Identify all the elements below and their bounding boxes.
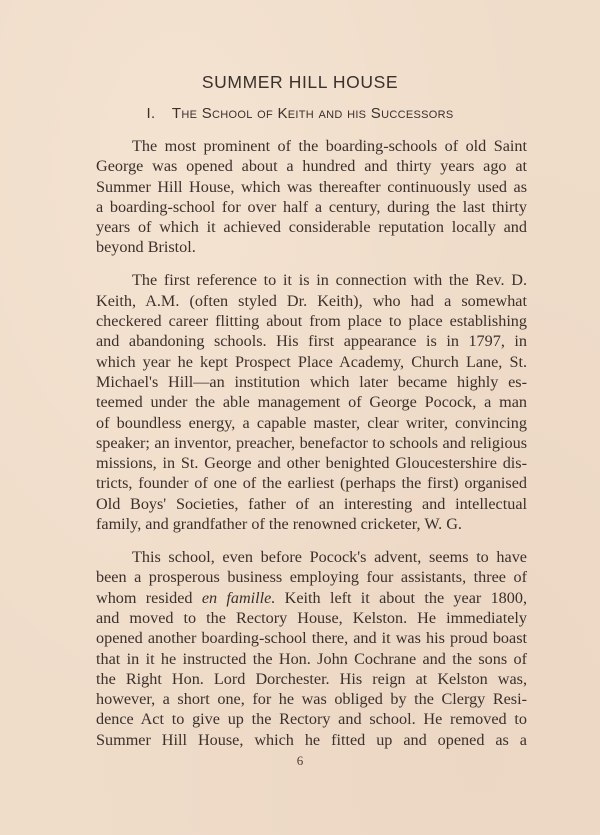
text-line: George was opened about a hundred and th… (96, 156, 527, 176)
text-line: and abandoning schools. His first appear… (96, 331, 527, 351)
text-line: This school, even before Pocock's advent… (96, 547, 527, 567)
text-line: a boarding-school for over half a centur… (96, 197, 527, 217)
body-text: The most prominent of the boarding-schoo… (96, 136, 527, 763)
book-page: SUMMER HILL HOUSE I. The School of Keith… (0, 0, 600, 835)
text-line: Summer Hill House, which was thereafter … (96, 177, 527, 197)
text-line: of boundless energy, a capable master, c… (96, 413, 527, 433)
text-line: whom resided en famille. Keith left it a… (96, 588, 527, 608)
text-line: teemed under the able management of Geor… (96, 392, 527, 412)
text-line: The first reference to it is in connecti… (96, 270, 527, 290)
text-line: Old Boys' Societies, father of an intere… (96, 494, 527, 514)
section-heading: I. The School of Keith and his Successor… (0, 105, 600, 122)
text-line: that in it he instructed the Hon. John C… (96, 649, 527, 669)
text-line: which year he kept Prospect Place Academ… (96, 352, 527, 372)
text-line: dence Act to give up the Rectory and sch… (96, 709, 527, 729)
section-number: I. (147, 105, 156, 122)
text-line: speaker; an inventor, preacher, benefact… (96, 433, 527, 453)
chapter-title: SUMMER HILL HOUSE (0, 72, 600, 93)
text-line: Keith, A.M. (often styled Dr. Keith), wh… (96, 291, 527, 311)
text-line: been a prosperous business employing fou… (96, 567, 527, 587)
text-line: beyond Bristol. (96, 237, 527, 257)
paragraph: The first reference to it is in connecti… (96, 270, 527, 534)
text-line: tricts, founder of one of the earliest (… (96, 473, 527, 493)
text-line: however, a short one, for he was obliged… (96, 689, 527, 709)
text-line: family, and grandfather of the renowned … (96, 514, 527, 534)
text-line: Summer Hill House, which he fitted up an… (96, 730, 527, 750)
page-number: 6 (0, 753, 600, 769)
section-title: The School of Keith and his Successors (172, 105, 454, 122)
text-line: years of which it achieved considerable … (96, 217, 527, 237)
text-line: and moved to the Rectory House, Kelston.… (96, 608, 527, 628)
text-line: opened another boarding-school there, an… (96, 628, 527, 648)
text-line: the Right Hon. Lord Dorchester. His reig… (96, 669, 527, 689)
text-line: checkered career flitting about from pla… (96, 311, 527, 331)
paragraph: The most prominent of the boarding-schoo… (96, 136, 527, 258)
text-line: missions, in St. George and other benigh… (96, 453, 527, 473)
paragraph: This school, even before Pocock's advent… (96, 547, 527, 750)
text-line: Michael's Hill—an institution which late… (96, 372, 527, 392)
text-line: The most prominent of the boarding-schoo… (96, 136, 527, 156)
